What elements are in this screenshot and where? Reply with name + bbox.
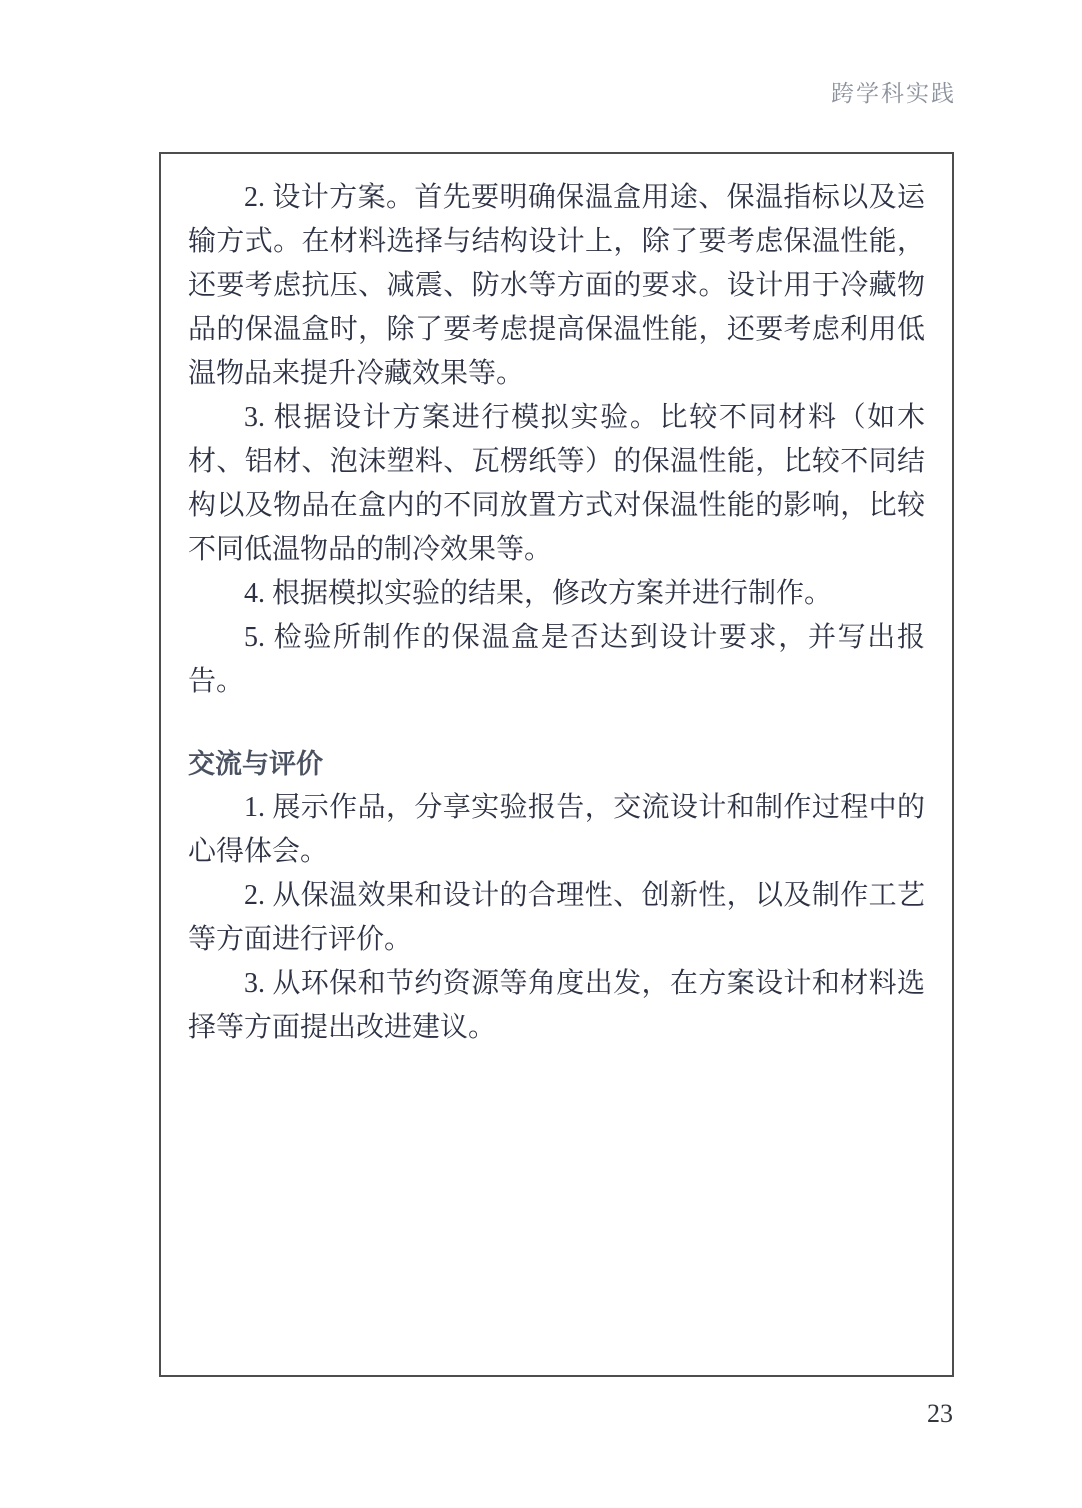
running-header: 跨学科实践 [831, 80, 956, 106]
step-paragraph-2: 2. 设计方案。首先要明确保温盒用途、保温指标以及运输方式。在材料选择与结构设计… [188, 176, 925, 396]
page-number: 23 [927, 1399, 953, 1429]
evaluation-item-1: 1. 展示作品，分享实验报告，交流设计和制作过程中的心得体会。 [188, 786, 925, 874]
section-heading: 交流与评价 [188, 742, 925, 786]
evaluation-item-3: 3. 从环保和节约资源等角度出发，在方案设计和材料选择等方面提出改进建议。 [188, 962, 925, 1050]
step-paragraph-3: 3. 根据设计方案进行模拟实验。比较不同材料（如木材、铝材、泡沫塑料、瓦楞纸等）… [188, 396, 925, 572]
evaluation-item-2: 2. 从保温效果和设计的合理性、创新性，以及制作工艺等方面进行评价。 [188, 874, 925, 962]
step-paragraph-4: 4. 根据模拟实验的结果，修改方案并进行制作。 [188, 572, 925, 616]
step-paragraph-5: 5. 检验所制作的保温盒是否达到设计要求，并写出报告。 [188, 616, 925, 704]
content-box: 2. 设计方案。首先要明确保温盒用途、保温指标以及运输方式。在材料选择与结构设计… [159, 152, 954, 1377]
document-page: 跨学科实践 2. 设计方案。首先要明确保温盒用途、保温指标以及运输方式。在材料选… [0, 0, 1082, 1508]
